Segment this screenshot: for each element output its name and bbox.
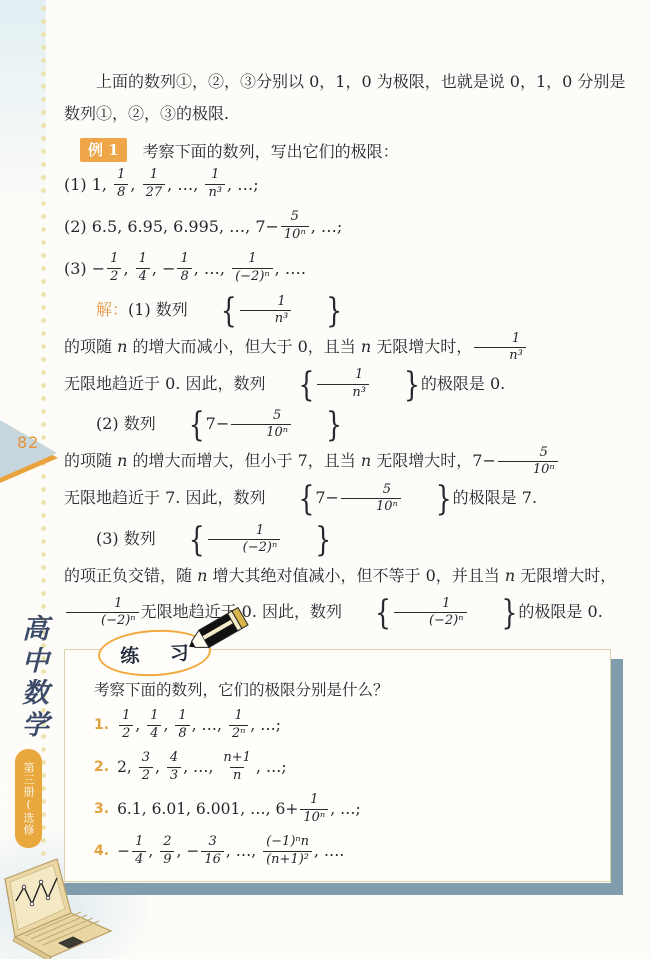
side-title: 高中数学 (8, 603, 52, 753)
example-badge: 例 1 (80, 138, 127, 162)
practice-item-3: 3. 6.1, 6.01, 6.001, …, 6+110ⁿ, …; (94, 788, 599, 830)
practice-item-math: 2, 32, 43, …, n+1n, …; (117, 748, 286, 786)
textbook-page: 82 高中数学 第三册(选修Ⅱ) 上面的数列①，②，③分别以 0，1，0 为极限… (0, 0, 650, 959)
practice-item-4: 4. −14, 29, −316, …, (−1)ⁿn(n+1)², …. (94, 830, 599, 872)
practice-box-shadow-bottom (56, 883, 623, 895)
practice-prompt: 考察下面的数列，它们的极限分别是什么？ (94, 678, 599, 700)
practice-item-math: −14, 29, −316, …, (−1)ⁿn(n+1)², …. (117, 832, 344, 870)
page-number: 82 (17, 433, 39, 452)
solution-paragraph-2: (2) 数列{7−510ⁿ}的项随 n 的增大而增大，但小于 7，且当 n 无限… (64, 406, 630, 516)
practice-item-number: 2. (94, 759, 109, 775)
side-badge: 第三册(选修Ⅱ) (15, 749, 42, 848)
solution-paragraph-1: 解：(1) 数列{1n³}的项随 n 的增大而减小，但大于 0，且当 n 无限增… (64, 292, 630, 402)
practice-content: 考察下面的数列，它们的极限分别是什么？ 1. 12, 14, 18, …, 12… (94, 678, 599, 872)
practice-box-shadow-right (611, 659, 623, 894)
example-item-2: (2) 6.5, 6.95, 6.995, …, 7−510ⁿ, …; (64, 206, 630, 246)
practice-item-1: 1. 12, 14, 18, …, 12ⁿ, …; (94, 704, 599, 746)
practice-item-math: 12, 14, 18, …, 12ⁿ, …; (117, 706, 281, 744)
pencil-icon (181, 597, 255, 669)
solution-paragraph-3: (3) 数列{1(−2)ⁿ}的项正负交错，随 n 增大其绝对值减小，但不等于 0… (64, 521, 630, 631)
practice-item-2: 2. 2, 32, 43, …, n+1n, …; (94, 746, 599, 788)
example-item-1: (1) 1, 18, 127, …, 1n³, …; (64, 164, 630, 204)
laptop-illustration (0, 851, 117, 959)
page-number-tab: 82 (0, 416, 62, 484)
example-prompt: 考察下面的数列，写出它们的极限： (143, 139, 399, 162)
example-item-3: (3) −12, 14, −18, …, 1(−2)ⁿ, …. (64, 248, 630, 288)
example-header: 例 1 考察下面的数列，写出它们的极限： (80, 138, 630, 162)
practice-item-math: 6.1, 6.01, 6.001, …, 6+110ⁿ, …; (117, 790, 361, 828)
intro-paragraph: 上面的数列①，②，③分别以 0，1，0 为极限，也就是说 0，1，0 分别是数列… (64, 66, 630, 130)
practice-item-number: 1. (94, 717, 109, 733)
main-content: 上面的数列①，②，③分别以 0，1，0 为极限，也就是说 0，1，0 分别是数列… (64, 66, 630, 635)
practice-item-number: 3. (94, 801, 109, 817)
